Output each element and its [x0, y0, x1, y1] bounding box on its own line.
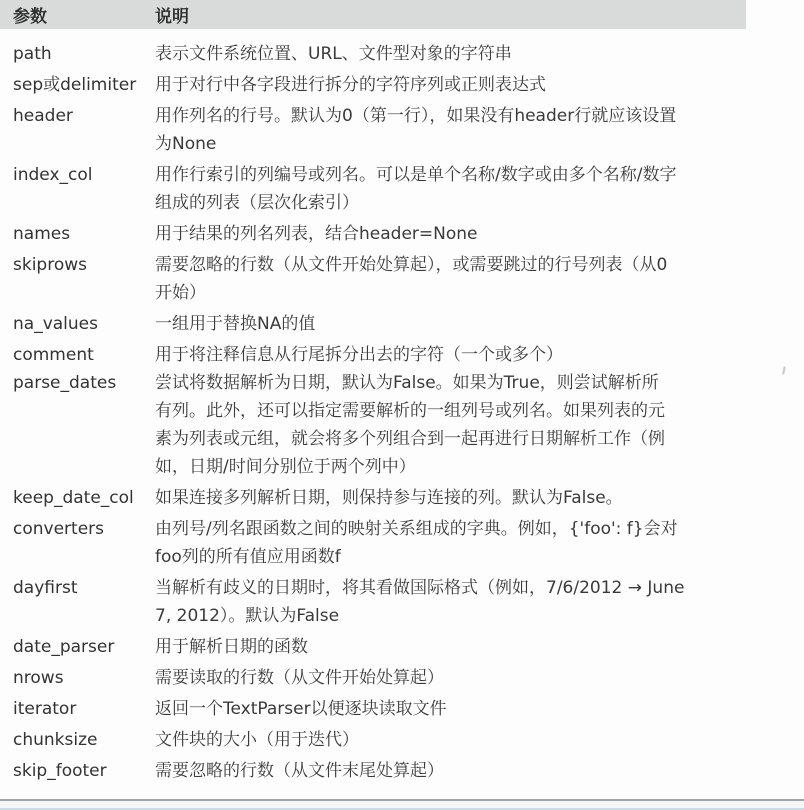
param-name: date_parser	[0, 633, 155, 661]
table-row: names用于结果的列名列表，结合header=None	[0, 220, 746, 248]
param-name: comment	[0, 341, 155, 369]
table-body: path表示文件系统位置、URL、文件型对象的字符串sep或delimiter用…	[0, 40, 746, 788]
param-name: keep_date_col	[0, 484, 155, 512]
param-name: chunksize	[0, 726, 155, 754]
table-row: converters由列号/列名跟函数之间的映射关系组成的字典。例如，{'foo…	[0, 515, 746, 571]
param-description: 返回一个TextParser以便逐块读取文件	[155, 695, 746, 723]
table-row: skiprows需要忽略的行数（从文件开始处算起），或需要跳过的行号列表（从0 …	[0, 251, 746, 307]
param-name: skip_footer	[0, 757, 155, 785]
param-description: 表示文件系统位置、URL、文件型对象的字符串	[155, 40, 746, 68]
param-description: 需要忽略的行数（从文件开始处算起），或需要跳过的行号列表（从0 开始）	[155, 251, 746, 307]
column-header-desc: 说明	[155, 2, 746, 27]
param-name: iterator	[0, 695, 155, 723]
param-description: 用作行索引的列编号或列名。可以是单个名称/数字或由多个名称/数字 组成的列表（层…	[155, 161, 746, 217]
param-name: nrows	[0, 664, 155, 692]
param-description: 需要忽略的行数（从文件末尾处算起）	[155, 757, 746, 785]
param-description: 用于结果的列名列表，结合header=None	[155, 220, 746, 248]
table-row: skip_footer需要忽略的行数（从文件末尾处算起）	[0, 757, 746, 785]
table-row: dayfirst当解析有歧义的日期时，将其看做国际格式（例如，7/6/2012 …	[0, 574, 746, 630]
param-name: skiprows	[0, 251, 155, 307]
param-name: converters	[0, 515, 155, 571]
param-description: 用于对行中各字段进行拆分的字符序列或正则表达式	[155, 71, 746, 99]
parameter-table-page: 参数 说明 path表示文件系统位置、URL、文件型对象的字符串sep或deli…	[0, 0, 804, 810]
table-row: nrows需要读取的行数（从文件开始处算起）	[0, 664, 746, 692]
table-row: path表示文件系统位置、URL、文件型对象的字符串	[0, 40, 746, 68]
param-description: 尝试将数据解析为日期，默认为False。如果为True，则尝试解析所 有列。此外…	[155, 369, 746, 481]
param-description: 当解析有歧义的日期时，将其看做国际格式（例如，7/6/2012 → June 7…	[155, 574, 746, 630]
param-description: 文件块的大小（用于迭代）	[155, 726, 746, 754]
scan-artifact-mark	[778, 365, 786, 374]
table-row: chunksize文件块的大小（用于迭代）	[0, 726, 746, 754]
column-header-param: 参数	[0, 2, 155, 27]
table-row: sep或delimiter用于对行中各字段进行拆分的字符序列或正则表达式	[0, 71, 746, 99]
table-row: na_values一组用于替换NA的值	[0, 310, 746, 338]
param-name: parse_dates	[0, 369, 155, 481]
param-description: 用于将注释信息从行尾拆分出去的字符（一个或多个）	[155, 341, 746, 369]
param-description: 一组用于替换NA的值	[155, 310, 746, 338]
param-name: header	[0, 102, 155, 158]
table-row: iterator返回一个TextParser以便逐块读取文件	[0, 695, 746, 723]
table-header-row: 参数 说明	[0, 0, 746, 29]
param-name: dayfirst	[0, 574, 155, 630]
param-name: path	[0, 40, 155, 68]
param-description: 需要读取的行数（从文件开始处算起）	[155, 664, 746, 692]
table-row: parse_dates尝试将数据解析为日期，默认为False。如果为True，则…	[0, 369, 746, 481]
param-description: 由列号/列名跟函数之间的映射关系组成的字典。例如，{'foo': f}会对 fo…	[155, 515, 746, 571]
param-description: 如果连接多列解析日期，则保持参与连接的列。默认为False。	[155, 484, 746, 512]
param-name: sep或delimiter	[0, 71, 155, 99]
param-name: index_col	[0, 161, 155, 217]
param-description: 用作列名的行号。默认为0（第一行），如果没有header行就应该设置 为None	[155, 102, 746, 158]
table-row: comment用于将注释信息从行尾拆分出去的字符（一个或多个）	[0, 341, 746, 369]
table-row: index_col用作行索引的列编号或列名。可以是单个名称/数字或由多个名称/数…	[0, 161, 746, 217]
table-row: date_parser用于解析日期的函数	[0, 633, 746, 661]
param-description: 用于解析日期的函数	[155, 633, 746, 661]
table-row: header用作列名的行号。默认为0（第一行），如果没有header行就应该设置…	[0, 102, 746, 158]
param-name: names	[0, 220, 155, 248]
table-row: keep_date_col如果连接多列解析日期，则保持参与连接的列。默认为Fal…	[0, 484, 746, 512]
param-name: na_values	[0, 310, 155, 338]
